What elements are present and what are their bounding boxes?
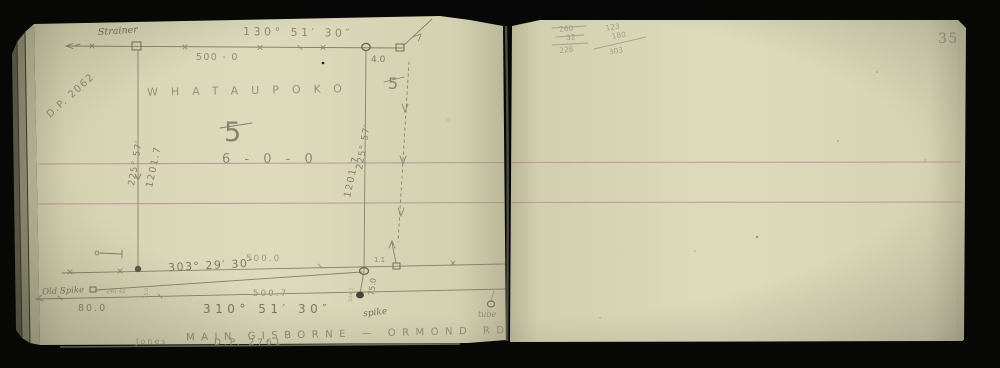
tiny-left-note: 75.0 — [143, 288, 150, 300]
dp-2761-label: D.P. 2761 — [214, 338, 283, 348]
lower-bearing-label: 310° 51′ 30″ — [203, 302, 331, 316]
calc1-row3: 228 — [559, 44, 574, 54]
calc1-row2: 32 — [565, 32, 576, 42]
upper-distance-label: 500.0 — [246, 254, 281, 264]
left-distance-80-label: 80.0 — [78, 303, 107, 314]
tube-label: tube — [478, 310, 496, 319]
gutter-crease — [506, 26, 508, 341]
side-offset-label: 75.0 — [367, 278, 378, 297]
page-number-stamp: 35 — [938, 31, 959, 47]
area-label: 6 - 0 - 0 — [222, 152, 318, 167]
alt-lot-number-label: 5 — [388, 74, 398, 93]
notebook-scan: Strainer 130° 51′ 30″ 500 - 0 4.0 D.P. 2… — [0, 0, 1000, 368]
top-distance-label: 500 - 0 — [196, 52, 239, 63]
tiny-right-note: 504.2 — [348, 287, 355, 302]
lower-distance-label: 500.7 — [253, 289, 288, 299]
spike-mark-dot — [356, 292, 364, 299]
lot-number-label: 5 — [224, 117, 241, 148]
owner-label: Jones — [135, 337, 167, 346]
notebook-svg: Strainer 130° 51′ 30″ 500 - 0 4.0 D.P. 2… — [0, 0, 1000, 368]
fence-post-dot — [135, 266, 141, 272]
road-left-note: 240-42 — [106, 289, 125, 295]
right-page — [510, 20, 965, 342]
top-bearing-label: 130° 51′ 30″ — [243, 25, 353, 40]
corner-offset-label: 1.1 — [374, 256, 385, 264]
top-offset-label: 4.0 — [371, 55, 386, 65]
